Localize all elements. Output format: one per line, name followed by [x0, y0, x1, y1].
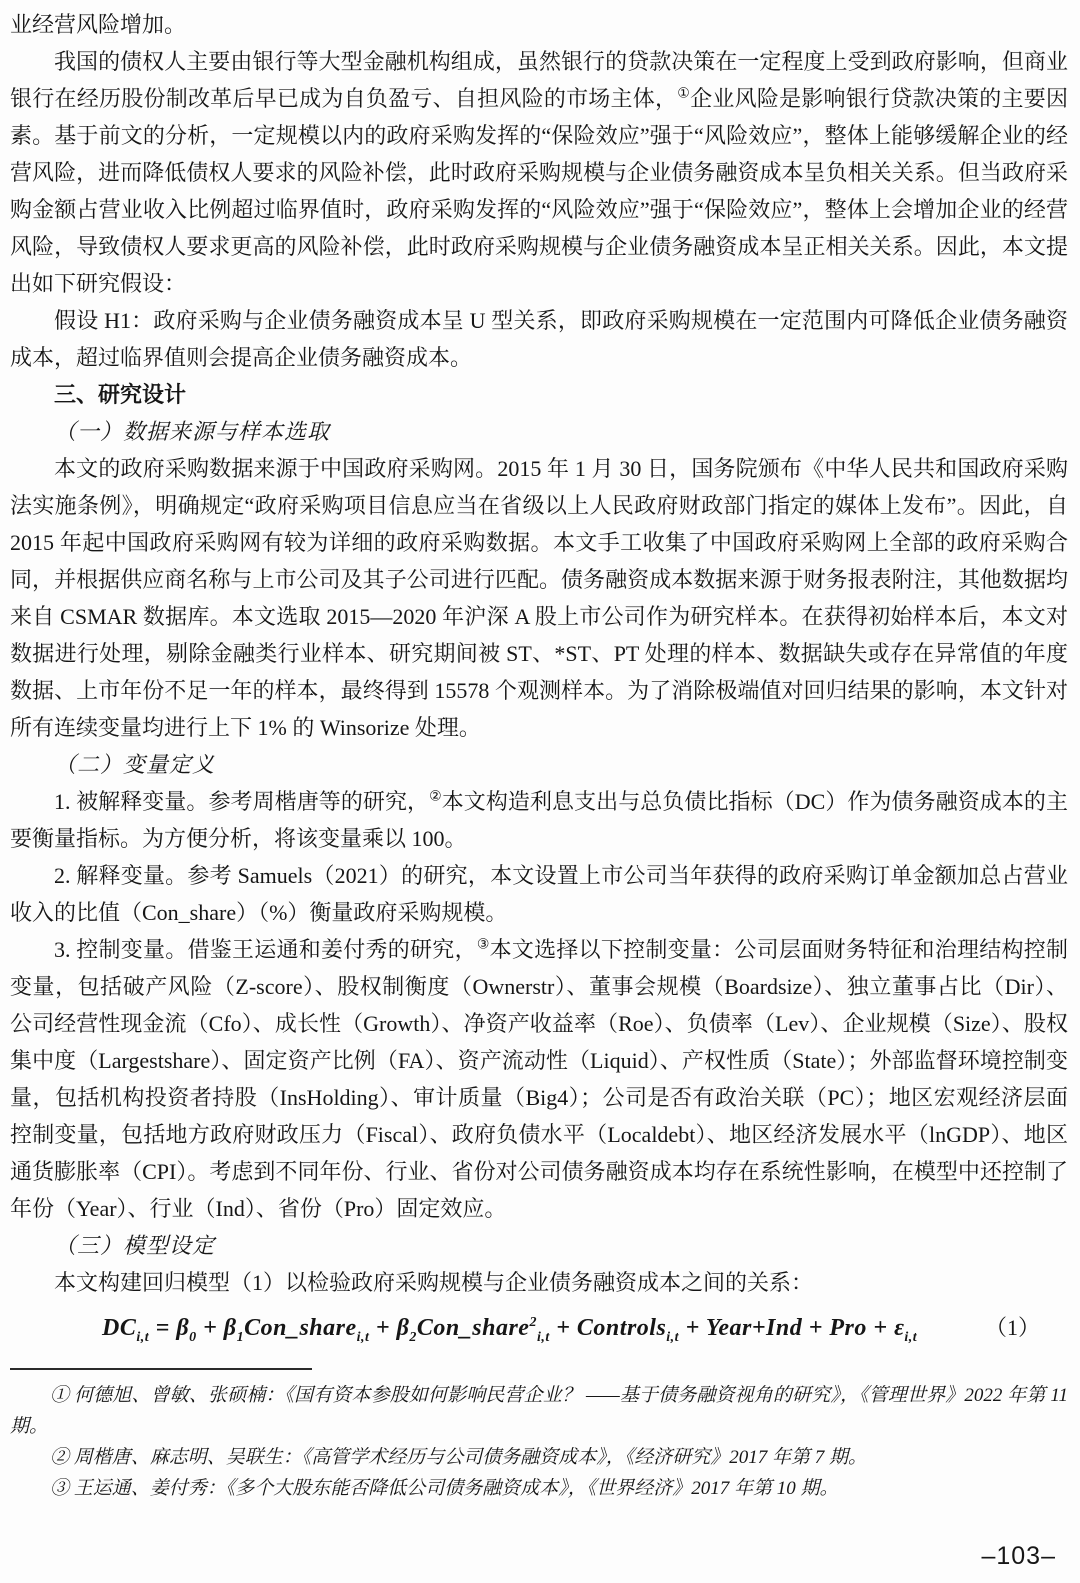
paper-page: 业经营风险增加。 我国的债权人主要由银行等大型金融机构组成，虽然银行的贷款决策在… [0, 0, 1080, 1583]
footnote-separator [10, 1368, 312, 1370]
formula-part: DC [102, 1315, 136, 1341]
paragraph-explanatory-variable: 2. 解释变量。参考 Samuels（2021）的研究，本文设置上市公司当年获得… [10, 857, 1068, 931]
formula-part: i,t [357, 1330, 370, 1345]
footnote-3: ③ 王运通、姜付秀：《多个大股东能否降低公司债务融资成本》，《世界经济》2017… [10, 1473, 1068, 1504]
formula-part: Con_share [244, 1315, 357, 1341]
equation-number: （1） [985, 1306, 1040, 1350]
formula-part: Year [706, 1315, 752, 1341]
formula-part: Ind [766, 1315, 802, 1341]
footnote-2: ② 周楷唐、麻志明、吴联生：《高管学术经历与公司债务融资成本》，《经济研究》20… [10, 1442, 1068, 1473]
formula-part: i,t [537, 1330, 550, 1345]
formula-part: 1 [237, 1330, 245, 1345]
formula-part: β [176, 1315, 189, 1341]
formula-part: 2 [529, 1315, 537, 1330]
formula-part: + [802, 1315, 829, 1341]
regression-formula-row: DCi,t = β0 + β1Con_sharei,t + β2Con_shar… [10, 1301, 1068, 1355]
formula-part: 0 [189, 1330, 197, 1345]
paragraph-control-variables: 3. 控制变量。借鉴王运通和姜付秀的研究，③本文选择以下控制变量：公司层面财务特… [10, 931, 1068, 1227]
formula-part: 2 [409, 1330, 417, 1345]
paragraph-data-source: 本文的政府采购数据来源于中国政府采购网。2015 年 1 月 30 日，国务院颁… [10, 450, 1068, 746]
formula-part: + [550, 1315, 577, 1341]
formula-part: ε [894, 1315, 904, 1341]
section-heading-research-design: 三、研究设计 [10, 376, 1068, 413]
formula-part: = [149, 1315, 176, 1341]
paragraph-model-intro: 本文构建回归模型（1）以检验政府采购规模与企业债务融资成本之间的关系： [10, 1264, 1068, 1301]
paragraph-dependent-variable-text: 1. 被解释变量。参考周楷唐等的研究， [54, 789, 429, 814]
formula-part: Con_share [417, 1315, 530, 1341]
formula-part: i,t [904, 1330, 917, 1345]
subsection-heading-data-source: （一）数据来源与样本选取 [10, 413, 1068, 450]
page-number: –103– [981, 1542, 1056, 1571]
footnote-1: ① 何德旭、曾敏、张硕楠：《国有资本参股如何影响民营企业？ ——基于债务融资视角… [10, 1380, 1068, 1442]
footnote-marker-3: ③ [477, 938, 490, 953]
paragraph-control-variables-text: 3. 控制变量。借鉴王运通和姜付秀的研究， [54, 937, 477, 962]
paragraph-carryover: 业经营风险增加。 [10, 6, 1068, 43]
formula-part: + [197, 1315, 224, 1341]
subsection-heading-model-setting: （三）模型设定 [10, 1227, 1068, 1264]
formula-part: + [369, 1315, 396, 1341]
formula-part: β [397, 1315, 410, 1341]
formula-part: Pro [829, 1315, 867, 1341]
paragraph-dependent-variable: 1. 被解释变量。参考周楷唐等的研究，②本文构造利息支出与总负债比指标（DC）作… [10, 783, 1068, 857]
formula-part: i,t [666, 1330, 679, 1345]
footnote-marker-1: ① [677, 87, 690, 102]
formula-part: + [867, 1315, 894, 1341]
footnote-marker-2: ② [429, 790, 442, 805]
formula-part: + [752, 1315, 766, 1341]
subsection-heading-variable-definition: （二）变量定义 [10, 746, 1068, 783]
paragraph-hypothesis-h1: 假设 H1：政府采购与企业债务融资成本呈 U 型关系，即政府采购规模在一定范围内… [10, 302, 1068, 376]
formula-part: Controls [577, 1315, 666, 1341]
formula-part: i,t [136, 1330, 149, 1345]
formula-expression: DCi,t = β0 + β1Con_sharei,t + β2Con_shar… [102, 1306, 985, 1350]
formula-part: + [679, 1315, 706, 1341]
paragraph-control-variables-text-cont: 本文选择以下控制变量：公司层面财务特征和治理结构控制变量，包括破产风险（Z-sc… [10, 937, 1068, 1221]
paragraph-creditors-text-cont: 企业风险是影响银行贷款决策的主要因素。基于前文的分析，一定规模以内的政府采购发挥… [10, 86, 1068, 296]
paragraph-creditors: 我国的债权人主要由银行等大型金融机构组成，虽然银行的贷款决策在一定程度上受到政府… [10, 43, 1068, 302]
formula-part: β [224, 1315, 237, 1341]
footnotes-block: ① 何德旭、曾敏、张硕楠：《国有资本参股如何影响民营企业？ ——基于债务融资视角… [10, 1380, 1068, 1504]
